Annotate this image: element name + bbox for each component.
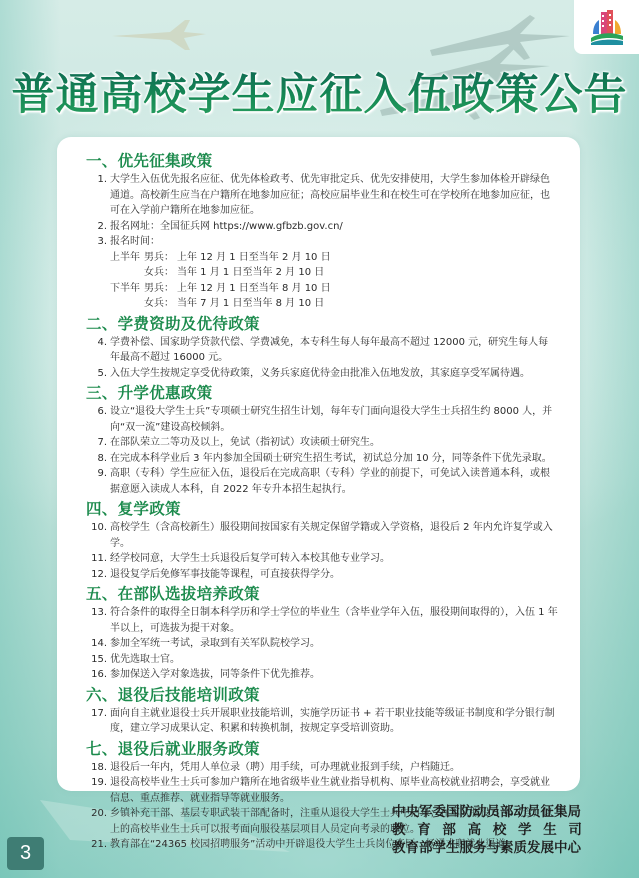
item-text: 报名网址：全国征兵网 https://www.gfbzb.gov.cn/ [110,219,558,235]
item-text: 报名时间： [110,234,558,250]
item-number: 15. [86,652,110,668]
background-shade-left [0,0,60,878]
city-buildings-logo-icon [590,8,624,46]
issuer-line-1: 中央军委国防动员部动员征集局 [392,803,582,821]
item-text: 退役高校毕业生士兵可参加户籍所在地省级毕业生就业指导机构、原毕业高校就业招聘会，… [110,775,558,806]
issuer-char: 育 [417,821,431,839]
item-number: 20. [86,806,110,837]
item-number: 11. [86,551,110,567]
item-number: 2. [86,219,110,235]
item-text: 参加全军统一考试，录取到有关军队院校学习。 [110,636,558,652]
item-text: 参加保送入学对象选拔，同等条件下优先推荐。 [110,667,558,683]
item-text: 优先选取士官。 [110,652,558,668]
issuer-line-2: 教 育 部 高 校 学 生 司 [392,821,582,839]
fighter-jet-icon [110,14,210,54]
item-number: 1. [86,172,110,219]
schedule-gender: 女兵： [144,296,177,312]
item-number: 7. [86,435,110,451]
section-resume-study: 四、复学政策 10. 高校学生（含高校新生）服役期间按国家有关规定保留学籍或入学… [86,499,580,582]
schedule-row: 女兵： 当年 7 月 1 日至当年 8 月 10 日 [86,296,580,312]
list-item: 18. 退役后一年内，凭用人单位录（聘）用手续，可办理就业报到手续，户档随迁。 [86,760,580,776]
issuer-char: 教 [392,821,406,839]
list-item: 1. 大学生入伍优先报名应征、优先体检政考、优先审批定兵、优先安排使用，大学生参… [86,172,580,219]
issuer-char: 司 [568,821,582,839]
schedule-row: 下半年 男兵： 上年 12 月 1 日至当年 8 月 10 日 [86,281,580,297]
schedule-period: 上年 12 月 1 日至当年 8 月 10 日 [177,281,331,297]
item-number: 18. [86,760,110,776]
item-text: 在完成本科学业后 3 年内参加全国硕士研究生招生考试，初试总分加 10 分，同等… [110,451,558,467]
list-item: 14. 参加全军统一考试，录取到有关军队院校学习。 [86,636,580,652]
item-number: 17. [86,706,110,737]
list-item: 6. 设立“退役大学生士兵”专项硕士研究生招生计划，每年专门面向退役大学生士兵招… [86,404,580,435]
section-heading: 一、优先征集政策 [86,151,580,172]
section-heading: 四、复学政策 [86,499,580,520]
section-skills-training: 六、退役后技能培训政策 17. 面向自主就业退役士兵开展职业技能培训，实施学历证… [86,685,580,737]
item-text: 高校学生（含高校新生）服役期间按国家有关规定保留学籍或入学资格，退役后 2 年内… [110,520,558,551]
list-item: 9. 高职（专科）学生应征入伍，退役后在完成高职（专科）学业的前提下，可免试入读… [86,466,580,497]
schedule-half [110,265,144,281]
schedule-gender: 女兵： [144,265,177,281]
schedule-half: 下半年 [110,281,144,297]
schedule-gender: 男兵： [144,250,177,266]
schedule-period: 上年 12 月 1 日至当年 2 月 10 日 [177,250,331,266]
item-number: 21. [86,837,110,853]
item-text: 面向自主就业退役士兵开展职业技能培训，实施学历证书 + 若干职业技能等级证书制度… [110,706,558,737]
section-heading: 三、升学优惠政策 [86,383,580,404]
schedule-period: 当年 7 月 1 日至当年 8 月 10 日 [177,296,324,312]
item-text: 学费补偿、国家助学贷款代偿、学费减免，本专科生每人每年最高不超过 12000 元… [110,335,558,366]
item-number: 8. [86,451,110,467]
schedule-row: 上半年 男兵： 上年 12 月 1 日至当年 2 月 10 日 [86,250,580,266]
item-number: 6. [86,404,110,435]
item-text: 在部队荣立二等功及以上，免试（指初试）攻读硕士研究生。 [110,435,558,451]
issuer-char: 部 [442,821,456,839]
item-number: 10. [86,520,110,551]
list-item: 15. 优先选取士官。 [86,652,580,668]
item-text: 经学校同意，大学生士兵退役后复学可转入本校其他专业学习。 [110,551,558,567]
issuer-char: 校 [493,821,507,839]
item-text: 符合条件的取得全日制本科学历和学士学位的毕业生（含毕业学年入伍，服役期间取得的）… [110,605,558,636]
page-number-badge: 3 [7,837,44,870]
section-tuition-aid: 二、学费资助及优待政策 4. 学费补偿、国家助学贷款代偿、学费减免，本专科生每人… [86,314,580,382]
schedule-period: 当年 1 月 1 日至当年 2 月 10 日 [177,265,324,281]
schedule-gender: 男兵： [144,281,177,297]
page-title: 普通高校学生应征入伍政策公告 [0,70,639,120]
section-heading: 六、退役后技能培训政策 [86,685,580,706]
issuer-line-3: 教育部学生服务与素质发展中心 [392,839,582,857]
item-text: 入伍大学生按规定享受优待政策，义务兵家庭优待金由批准入伍地发放，其家庭享受军属待… [110,366,558,382]
section-priority-enlistment: 一、优先征集政策 1. 大学生入伍优先报名应征、优先体检政考、优先审批定兵、优先… [86,151,580,312]
section-military-selection: 五、在部队选拔培养政策 13. 符合条件的取得全日制本科学历和学士学位的毕业生（… [86,584,580,683]
list-item: 2. 报名网址：全国征兵网 https://www.gfbzb.gov.cn/ [86,219,580,235]
policy-card: 一、优先征集政策 1. 大学生入伍优先报名应征、优先体检政考、优先审批定兵、优先… [57,137,580,791]
list-item: 12. 退役复学后免修军事技能等课程，可直接获得学分。 [86,567,580,583]
item-text: 退役复学后免修军事技能等课程，可直接获得学分。 [110,567,558,583]
item-number: 13. [86,605,110,636]
list-item: 7. 在部队荣立二等功及以上，免试（指初试）攻读硕士研究生。 [86,435,580,451]
list-item: 10. 高校学生（含高校新生）服役期间按国家有关规定保留学籍或入学资格，退役后 … [86,520,580,551]
item-text: 大学生入伍优先报名应征、优先体检政考、优先审批定兵、优先安排使用，大学生参加体检… [110,172,558,219]
item-text: 高职（专科）学生应征入伍，退役后在完成高职（专科）学业的前提下，可免试入读普通本… [110,466,558,497]
list-item: 13. 符合条件的取得全日制本科学历和学士学位的毕业生（含毕业学年入伍，服役期间… [86,605,580,636]
item-text: 退役后一年内，凭用人单位录（聘）用手续，可办理就业报到手续，户档随迁。 [110,760,558,776]
issuer-signature: 中央军委国防动员部动员征集局 教 育 部 高 校 学 生 司 教育部学生服务与素… [392,803,582,857]
logo-card [574,0,639,54]
item-number: 3. [86,234,110,250]
item-number: 5. [86,366,110,382]
schedule-row: 女兵： 当年 1 月 1 日至当年 2 月 10 日 [86,265,580,281]
section-heading: 五、在部队选拔培养政策 [86,584,580,605]
item-number: 4. [86,335,110,366]
list-item: 3. 报名时间： [86,234,580,250]
schedule-half: 上半年 [110,250,144,266]
item-number: 14. [86,636,110,652]
list-item: 8. 在完成本科学业后 3 年内参加全国硕士研究生招生考试，初试总分加 10 分… [86,451,580,467]
list-item: 5. 入伍大学生按规定享受优待政策，义务兵家庭优待金由批准入伍地发放，其家庭享受… [86,366,580,382]
list-item: 19. 退役高校毕业生士兵可参加户籍所在地省级毕业生就业指导机构、原毕业高校就业… [86,775,580,806]
section-further-study: 三、升学优惠政策 6. 设立“退役大学生士兵”专项硕士研究生招生计划，每年专门面… [86,383,580,497]
item-number: 19. [86,775,110,806]
section-heading: 二、学费资助及优待政策 [86,314,580,335]
section-heading: 七、退役后就业服务政策 [86,739,580,760]
issuer-char: 生 [543,821,557,839]
list-item: 17. 面向自主就业退役士兵开展职业技能培训，实施学历证书 + 若干职业技能等级… [86,706,580,737]
item-number: 16. [86,667,110,683]
issuer-char: 学 [518,821,532,839]
list-item: 4. 学费补偿、国家助学贷款代偿、学费减免，本专科生每人每年最高不超过 1200… [86,335,580,366]
item-text: 设立“退役大学生士兵”专项硕士研究生招生计划，每年专门面向退役大学生士兵招生约 … [110,404,558,435]
list-item: 16. 参加保送入学对象选拔，同等条件下优先推荐。 [86,667,580,683]
issuer-char: 高 [468,821,482,839]
schedule-half [110,296,144,312]
list-item: 11. 经学校同意，大学生士兵退役后复学可转入本校其他专业学习。 [86,551,580,567]
item-number: 12. [86,567,110,583]
item-number: 9. [86,466,110,497]
